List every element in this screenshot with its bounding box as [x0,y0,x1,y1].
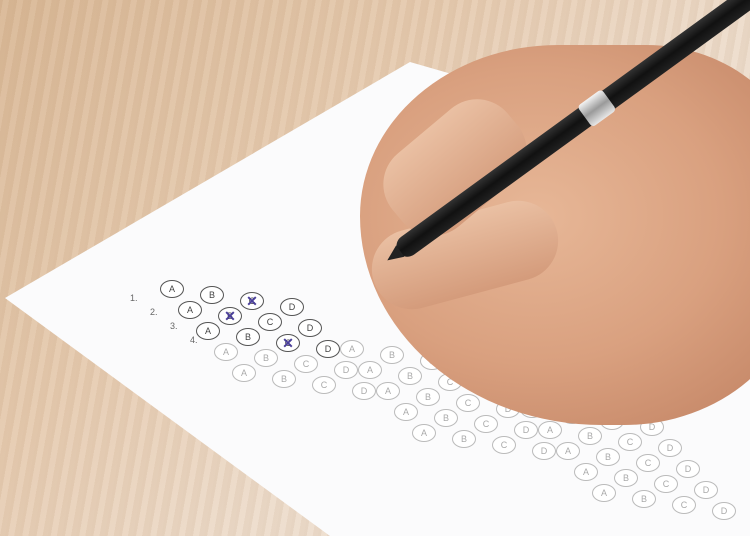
question-number: 1. [130,293,138,303]
answer-bubble: C [240,292,264,310]
answer-bubble: B [254,349,278,367]
answer-bubble: A [394,403,418,421]
answer-bubble: D [658,439,682,457]
answer-bubble: D [352,382,376,400]
question-number: 4. [190,335,198,345]
answer-bubble: A [592,484,616,502]
answer-bubble: C [456,394,480,412]
answer-bubble: C [312,376,336,394]
question-number: 3. [170,321,178,331]
answer-bubble: A [340,340,364,358]
answer-bubble: A [556,442,580,460]
answer-bubble: D [514,421,538,439]
answer-bubble: D [712,502,736,520]
question-number: 2. [150,307,158,317]
answer-bubble: C [276,334,300,352]
answer-bubble: A [376,382,400,400]
answer-bubble: C [492,436,516,454]
answer-bubble: A [358,361,382,379]
answer-bubble: D [532,442,556,460]
answer-bubble: A [232,364,256,382]
answer-bubble: B [632,490,656,508]
answer-bubble: C [294,355,318,373]
answer-bubble: B [578,427,602,445]
answer-bubble: D [334,361,358,379]
answer-bubble: C [672,496,696,514]
answer-bubble: A [412,424,436,442]
answer-bubble: D [298,319,322,337]
answer-bubble: C [258,313,282,331]
answer-bubble: B [200,286,224,304]
answer-bubble: B [416,388,440,406]
answer-bubble: B [218,307,242,325]
answer-bubble: B [380,346,404,364]
answer-bubble: C [654,475,678,493]
answer-bubble: B [272,370,296,388]
answer-bubble: A [196,322,220,340]
answer-bubble: B [614,469,638,487]
answer-bubble: B [452,430,476,448]
answer-bubble: B [398,367,422,385]
answer-bubble: C [636,454,660,472]
answer-bubble: A [538,421,562,439]
answer-bubble: D [280,298,304,316]
answer-bubble: D [676,460,700,478]
photo-scene: ABCDABCDABCDABCDABCDABCDABCDABCDABCDABCD… [0,0,750,536]
answer-bubble: C [474,415,498,433]
answer-bubble: A [574,463,598,481]
answer-bubble: D [316,340,340,358]
answer-bubble: D [694,481,718,499]
answer-bubble: A [160,280,184,298]
answer-bubble: B [236,328,260,346]
answer-bubble: B [596,448,620,466]
answer-bubble: A [214,343,238,361]
answer-bubble: B [434,409,458,427]
answer-bubble: A [178,301,202,319]
answer-bubble: C [618,433,642,451]
